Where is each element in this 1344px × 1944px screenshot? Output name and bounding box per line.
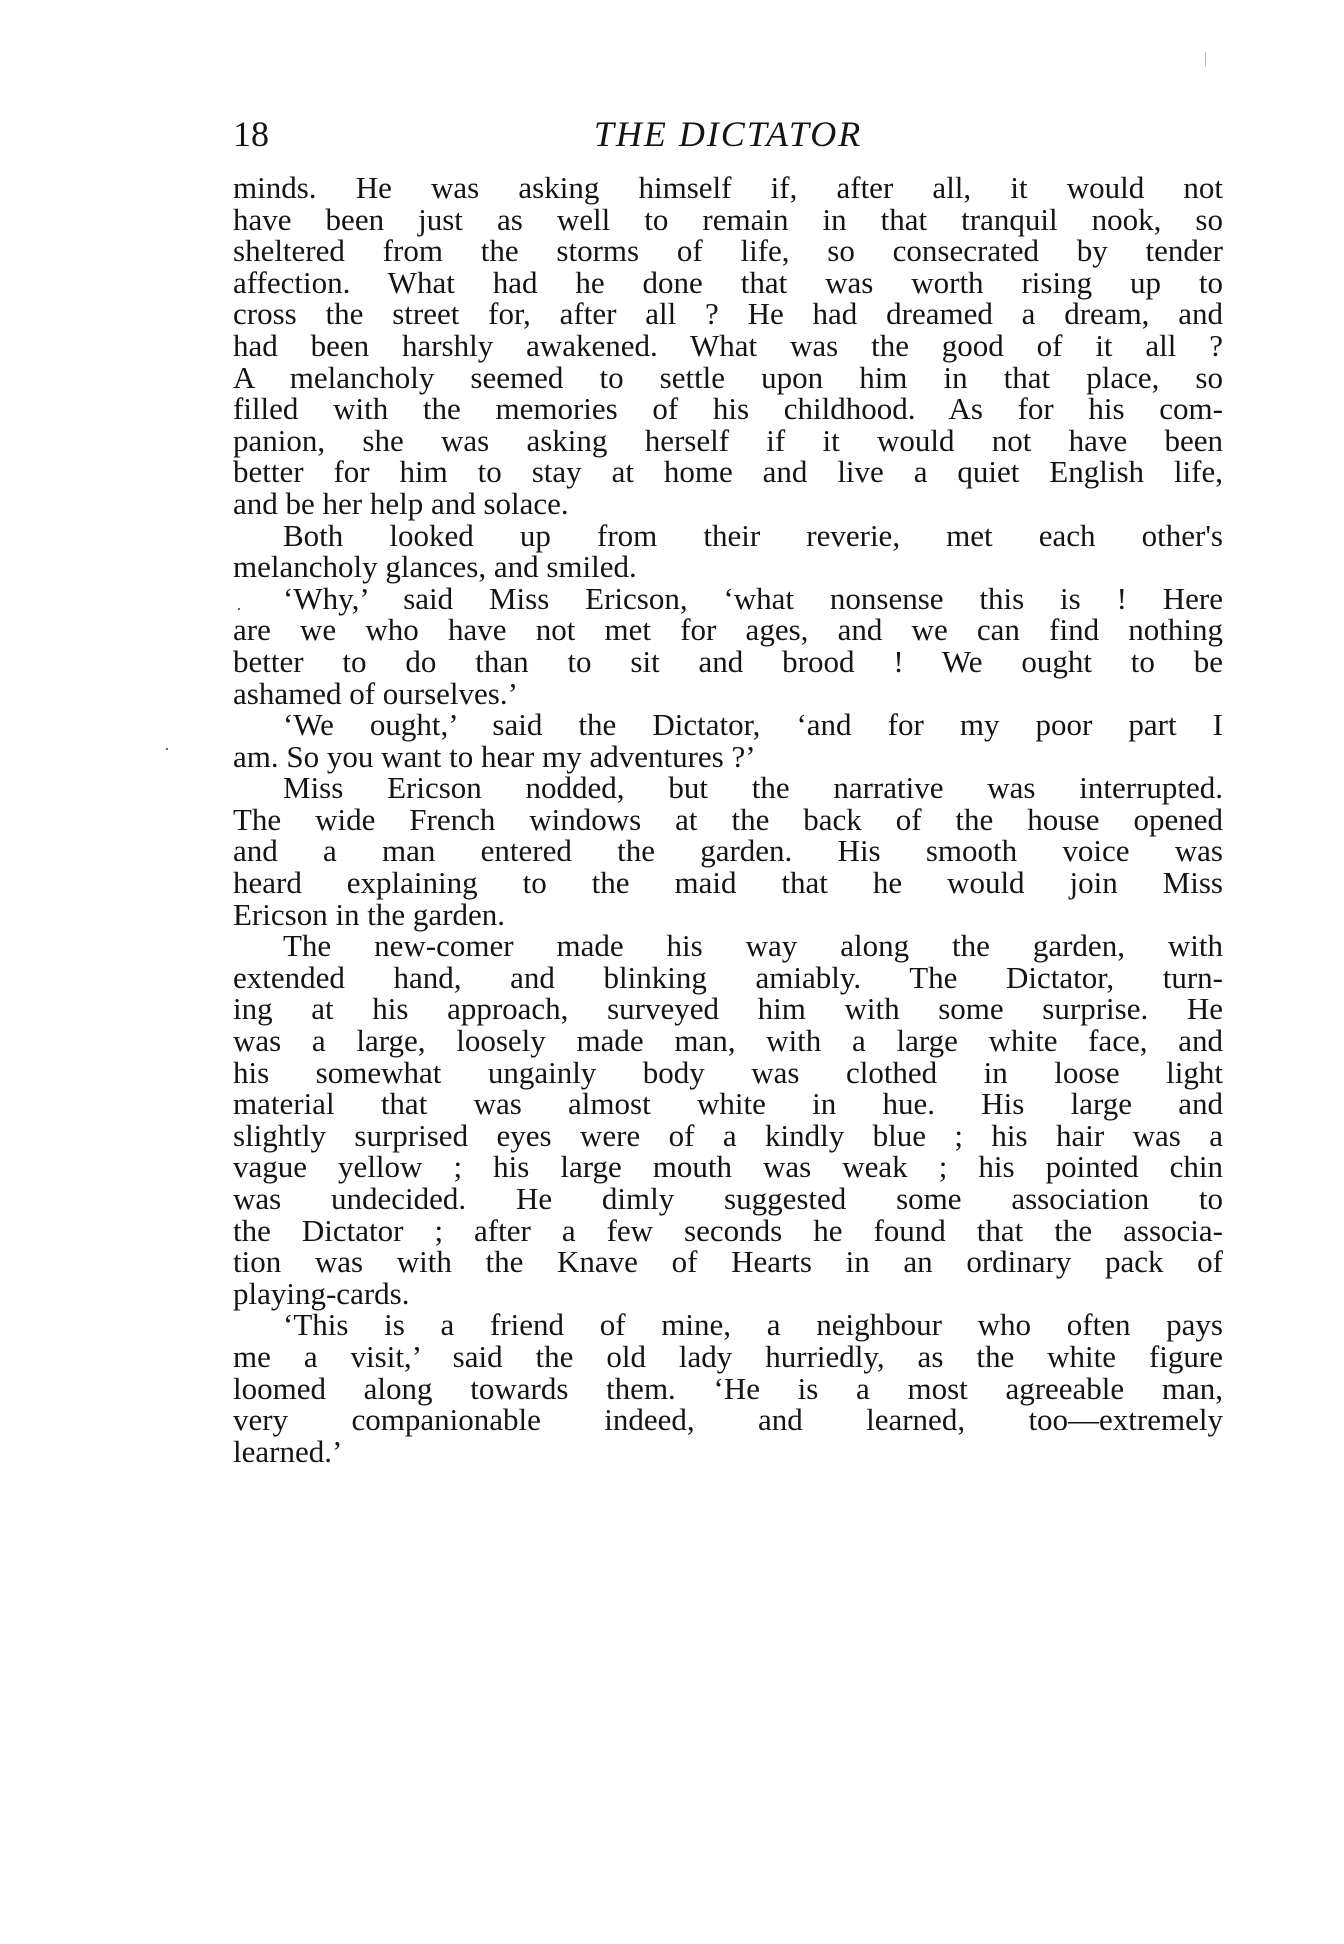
text-line: playing-cards.	[233, 1278, 1223, 1310]
text-line: minds. He was asking himself if, after a…	[233, 172, 1223, 204]
scan-speck	[166, 748, 168, 750]
text-line: ‘Why,’ said Miss Ericson, ‘what nonsense…	[233, 583, 1223, 615]
text-line: heard explaining to the maid that he wou…	[233, 867, 1223, 899]
text-line: am. So you want to hear my adventures ?’	[233, 741, 1223, 773]
running-title: THE DICTATOR	[233, 112, 1223, 156]
running-head: 18 THE DICTATOR	[233, 112, 1223, 156]
text-line: loomed along towards them. ‘He is a most…	[233, 1373, 1223, 1405]
text-line: learned.’	[233, 1436, 1223, 1468]
text-line: ‘We ought,’ said the Dictator, ‘and for …	[233, 709, 1223, 741]
text-line: better to do than to sit and brood ! We …	[233, 646, 1223, 678]
text-line: vague yellow ; his large mouth was weak …	[233, 1151, 1223, 1183]
text-line: slightly surprised eyes were of a kindly…	[233, 1120, 1223, 1152]
text-line: material that was almost white in hue. H…	[233, 1088, 1223, 1120]
text-line: Ericson in the garden.	[233, 899, 1223, 931]
text-line: ing at his approach, surveyed him with s…	[233, 993, 1223, 1025]
body-text: minds. He was asking himself if, after a…	[233, 172, 1223, 1467]
text-line: The new-comer made his way along the gar…	[233, 930, 1223, 962]
text-line: better for him to stay at home and live …	[233, 456, 1223, 488]
text-line: me a visit,’ said the old lady hurriedly…	[233, 1341, 1223, 1373]
text-line: filled with the memories of his childhoo…	[233, 393, 1223, 425]
text-line: The wide French windows at the back of t…	[233, 804, 1223, 836]
text-line: and a man entered the garden. His smooth…	[233, 835, 1223, 867]
text-line: tion was with the Knave of Hearts in an …	[233, 1246, 1223, 1278]
text-line: have been just as well to remain in that…	[233, 204, 1223, 236]
text-line: Miss Ericson nodded, but the narrative w…	[233, 772, 1223, 804]
text-line: was a large, loosely made man, with a la…	[233, 1025, 1223, 1057]
text-line: are we who have not met for ages, and we…	[233, 614, 1223, 646]
text-line: A melancholy seemed to settle upon him i…	[233, 362, 1223, 394]
scan-speck	[238, 608, 240, 610]
text-line: very companionable indeed, and learned, …	[233, 1404, 1223, 1436]
text-line: extended hand, and blinking amiably. The…	[233, 962, 1223, 994]
text-line: melancholy glances, and smiled.	[233, 551, 1223, 583]
text-line: had been harshly awakened. What was the …	[233, 330, 1223, 362]
text-line: ‘This is a friend of mine, a neighbour w…	[233, 1309, 1223, 1341]
text-line: panion, she was asking herself if it wou…	[233, 425, 1223, 457]
text-line: was undecided. He dimly suggested some a…	[233, 1183, 1223, 1215]
scan-speck	[1205, 52, 1206, 66]
text-line: sheltered from the storms of life, so co…	[233, 235, 1223, 267]
text-line: Both looked up from their reverie, met e…	[233, 520, 1223, 552]
text-line: the Dictator ; after a few seconds he fo…	[233, 1215, 1223, 1247]
text-line: and be her help and solace.	[233, 488, 1223, 520]
text-line: cross the street for, after all ? He had…	[233, 298, 1223, 330]
text-line: affection. What had he done that was wor…	[233, 267, 1223, 299]
text-line: ashamed of ourselves.’	[233, 678, 1223, 710]
book-page: 18 THE DICTATOR minds. He was asking him…	[0, 0, 1344, 1944]
text-line: his somewhat ungainly body was clothed i…	[233, 1057, 1223, 1089]
